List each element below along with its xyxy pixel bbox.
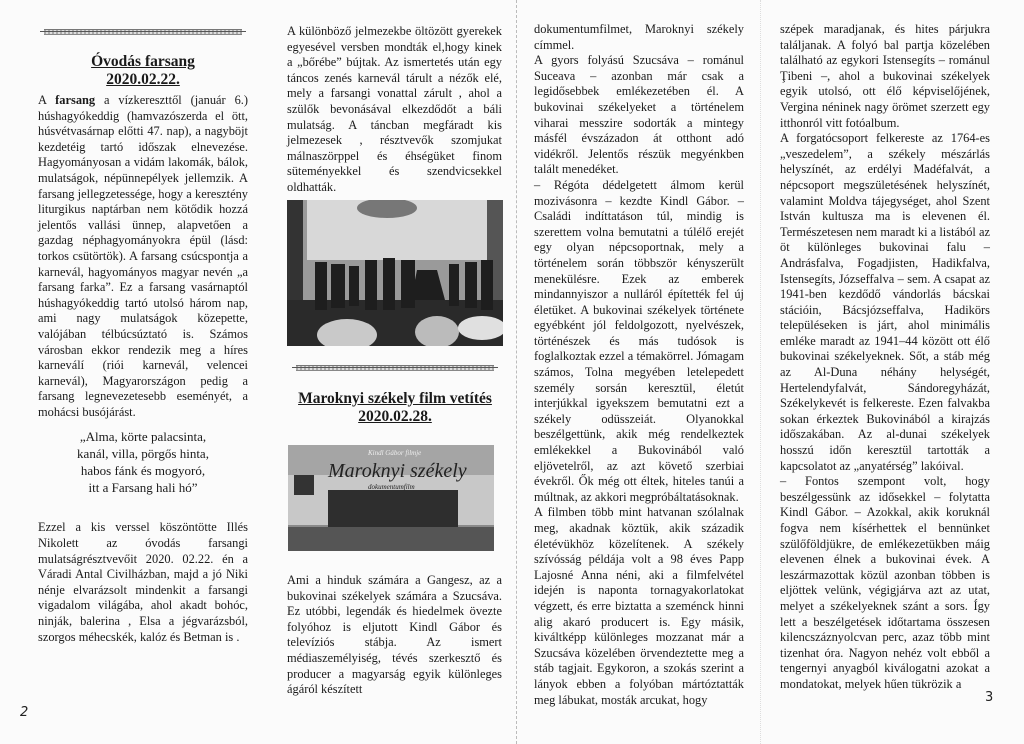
article-paragraph: A filmben több mint hatvanan szólalnak m… bbox=[534, 505, 744, 708]
column-gutter bbox=[760, 0, 762, 744]
article-paragraph: – Régóta dédelgetett álmom kerül mozivás… bbox=[534, 178, 744, 505]
film-poster-image: Kindl Gábor filmje Maroknyi székely doku… bbox=[288, 445, 494, 551]
article-paragraph: Ami a hinduk számára a Gangesz, az a buk… bbox=[287, 573, 502, 698]
svg-text:dokumentumfilm: dokumentumfilm bbox=[368, 483, 415, 491]
article-date: 2020.02.22. bbox=[38, 71, 248, 89]
column-2: A különböző jelmezekbe öltözött gyerekek… bbox=[287, 0, 502, 196]
carnival-stage-photo bbox=[287, 200, 503, 346]
page-fold bbox=[516, 0, 518, 744]
column-2-lower: Ami a hinduk számára a Gangesz, az a buk… bbox=[287, 573, 502, 698]
svg-text:Maroknyi székely: Maroknyi székely bbox=[327, 460, 467, 482]
ornament-divider bbox=[40, 28, 246, 35]
page-number-right: 3 bbox=[985, 690, 993, 705]
ornament-divider bbox=[292, 364, 498, 371]
article-paragraph: A gyors folyású Szucsáva – románul Sucea… bbox=[534, 53, 744, 178]
article-paragraph: – Fontos szempont volt, hogy beszélgessü… bbox=[780, 474, 990, 692]
article-paragraph: szépek maradjanak, és hites párjukra tal… bbox=[780, 22, 990, 131]
column-3: dokumentumfilmet, Maroknyi székely címme… bbox=[534, 0, 744, 708]
column-1: Óvodás farsang 2020.02.22. A farsang a v… bbox=[38, 0, 248, 645]
article-paragraph: A farsang a vízkereszttől (január 6.) hú… bbox=[38, 93, 248, 420]
article-paragraph: A forgatócsoport felkereste az 1764-es „… bbox=[780, 131, 990, 474]
poem: „Alma, körte palacsinta, kanál, villa, p… bbox=[38, 428, 248, 496]
article-paragraph: Ezzel a kis verssel köszöntötte Illés Ni… bbox=[38, 520, 248, 645]
column-4: szépek maradjanak, és hites párjukra tal… bbox=[780, 0, 990, 693]
page-number-left: 2 bbox=[20, 705, 28, 720]
article-date: 2020.02.28. bbox=[280, 408, 510, 426]
article-title: Maroknyi székely film vetítés bbox=[280, 390, 510, 408]
article-paragraph: dokumentumfilmet, Maroknyi székely címme… bbox=[534, 22, 744, 53]
article-paragraph: A különböző jelmezekbe öltözött gyerekek… bbox=[287, 24, 502, 196]
svg-text:Kindl Gábor filmje: Kindl Gábor filmje bbox=[367, 449, 421, 457]
article-title: Óvodás farsang bbox=[38, 53, 248, 71]
keyword-farsang: farsang bbox=[55, 93, 95, 107]
